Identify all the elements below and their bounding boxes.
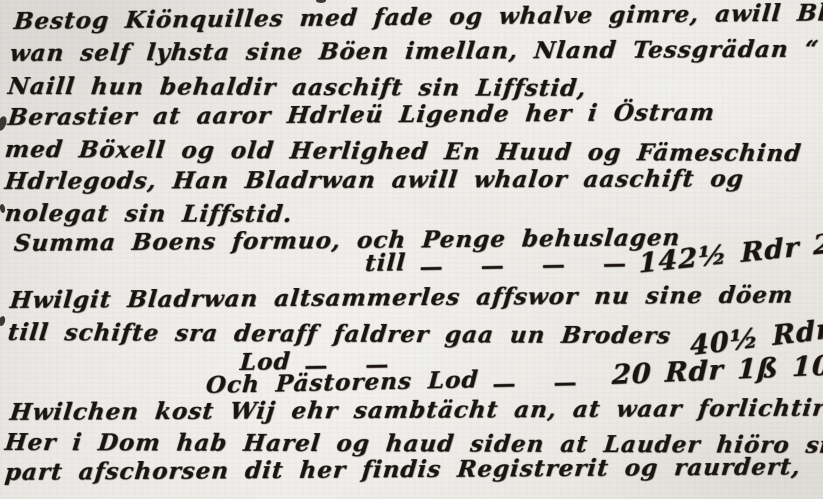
ink-speck	[316, 0, 326, 3]
manuscript-line: till schifte sra deraff faldrer gaa un B…	[7, 319, 673, 349]
manuscript-line: Hwilgit Bladrwan altsammerles affswor nu…	[9, 282, 795, 314]
manuscript-page: Bestog Kiönquilles med fade og whalve gi…	[0, 0, 823, 499]
manuscript-line: med Böxell og old Herlighed En Huud og F…	[4, 136, 803, 167]
manuscript-line: nolegat sin Liffstid.	[4, 200, 294, 228]
manuscript-line: Berastier at aaror Hdrleü Ligende her i …	[6, 99, 716, 131]
sum-dash-leader: — — — —	[419, 250, 629, 281]
manuscript-line: Hdrlegods, Han Bladrwan awill whalor aas…	[3, 165, 745, 195]
pastor-lot-dash-leader: — —	[492, 369, 580, 398]
pastor-lot-amount: 20 Rdr 1ß 10½ ʄ	[611, 348, 823, 391]
manuscript-line: part afschorsen dit her findis Registrer…	[4, 453, 802, 486]
manuscript-line: Naill hun behaldir aaschift sin Liffstid…	[7, 73, 588, 102]
pastor-lot-label: Och Pästorens Lod	[205, 366, 480, 399]
manuscript-line: wan self lyhsta sine Böen imellan, Nland…	[9, 36, 821, 67]
sum-label: till	[364, 249, 407, 277]
manuscript-line: Hwilchen kost Wij ehr sambtächt an, at w…	[8, 395, 823, 426]
ink-speck	[0, 315, 6, 326]
manuscript-line: Bestog Kiönquilles med fade og whalve gi…	[13, 0, 823, 35]
